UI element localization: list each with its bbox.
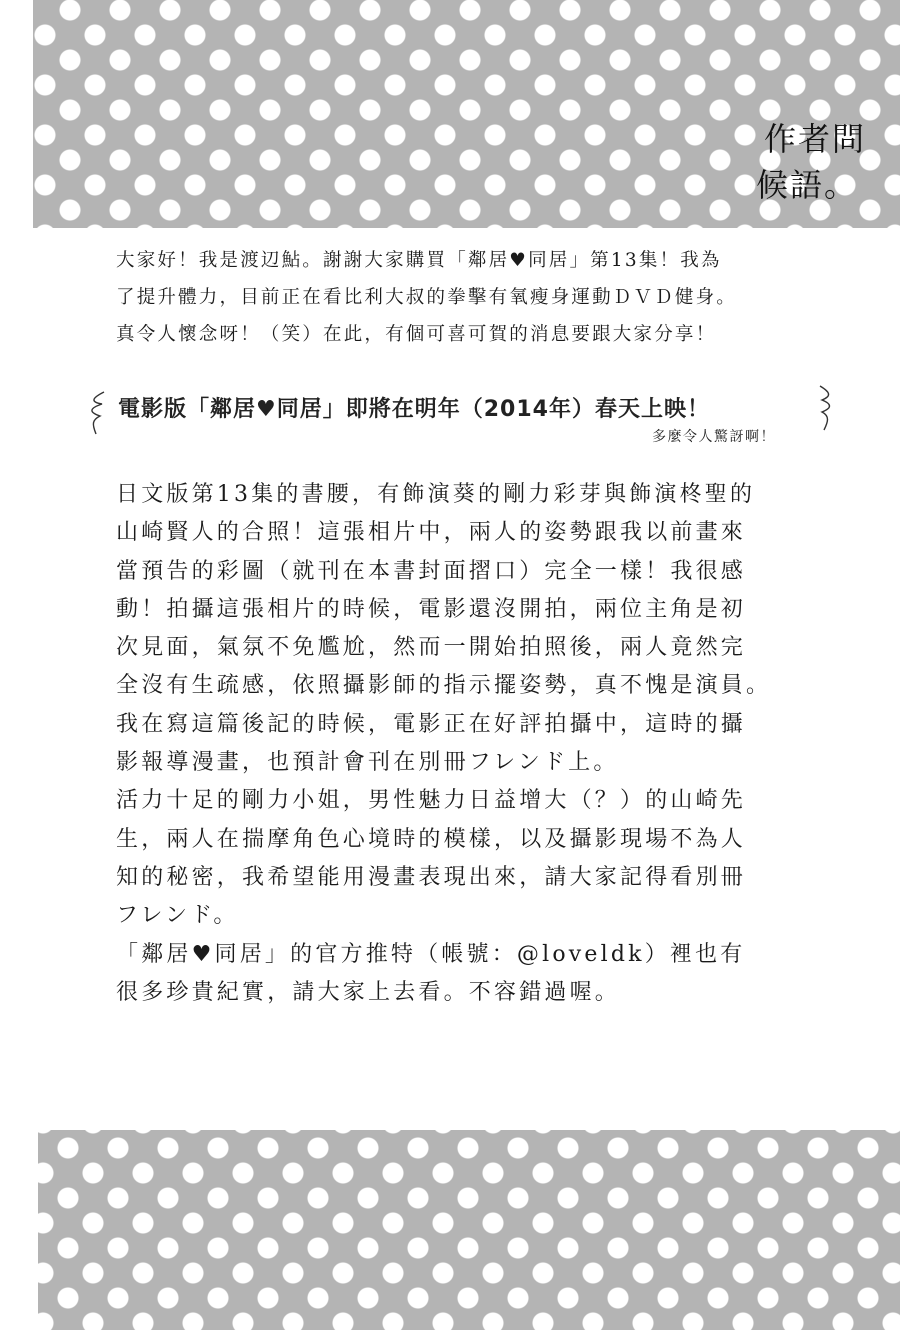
body-line: フレンド。: [116, 897, 816, 935]
body-line: 當預告的彩圖（就刊在本書封面摺口）完全一樣！我很感: [116, 553, 816, 591]
squiggle-right-icon: [810, 384, 840, 434]
page-title-line-1: 作者問: [756, 116, 866, 162]
body-line: 很多珍貴紀實，請大家上去看。不容錯過喔。: [116, 974, 816, 1012]
body-line: 知的秘密，我希望能用漫畫表現出來，請大家記得看別冊: [116, 859, 816, 897]
page-title-line-2: 候語。: [756, 162, 866, 208]
page-title: 作者問 候語。: [756, 116, 866, 208]
body-line: 生，兩人在揣摩角色心境時的模樣，以及攝影現場不為人: [116, 821, 816, 859]
body-line: 影報導漫畫，也預計會刊在別冊フレンド上。: [116, 744, 816, 782]
intro-line: 了提升體力，目前正在看比利大叔的拳擊有氧瘦身運動ＤＶＤ健身。: [116, 279, 846, 316]
body-line: 我在寫這篇後記的時候，電影正在好評拍攝中，這時的攝: [116, 706, 816, 744]
body-line: 全沒有生疏感，依照攝影師的指示擺姿勢，真不愧是演員。: [116, 667, 816, 705]
body-line: 次見面，氣氛不免尷尬，然而一開始拍照後，兩人竟然完: [116, 629, 816, 667]
body-line: 「鄰居♥同居」的官方推特（帳號：@loveldk）裡也有: [116, 936, 816, 974]
intro-line: 大家好！我是渡辺鮎。謝謝大家購買「鄰居♥同居」第13集！我為: [116, 242, 846, 279]
announcement-headline: 電影版「鄰居♥同居」即將在明年（2014年）春天上映！: [118, 392, 710, 423]
intro-line: 真令人懷念呀！（笑）在此，有個可喜可賀的消息要跟大家分享！: [116, 316, 846, 353]
body-line: 活力十足的剛力小姐，男性魅力日益增大（？）的山崎先: [116, 782, 816, 820]
intro-paragraph: 大家好！我是渡辺鮎。謝謝大家購買「鄰居♥同居」第13集！我為 了提升體力，目前正…: [116, 242, 846, 353]
squiggle-left-icon: [86, 390, 120, 438]
body-line: 日文版第13集的書腰，有飾演葵的剛力彩芽與飾演柊聖的: [116, 476, 816, 514]
announcement-subtext: 多麼令人驚訝啊！: [652, 426, 776, 446]
body-line: 山崎賢人的合照！這張相片中，兩人的姿勢跟我以前畫來: [116, 514, 816, 552]
body-line: 動！拍攝這張相片的時候，電影還沒開拍，兩位主角是初: [116, 591, 816, 629]
body-paragraphs: 日文版第13集的書腰，有飾演葵的剛力彩芽與飾演柊聖的 山崎賢人的合照！這張相片中…: [116, 476, 816, 1012]
polka-dot-footer-band: [38, 1130, 900, 1330]
